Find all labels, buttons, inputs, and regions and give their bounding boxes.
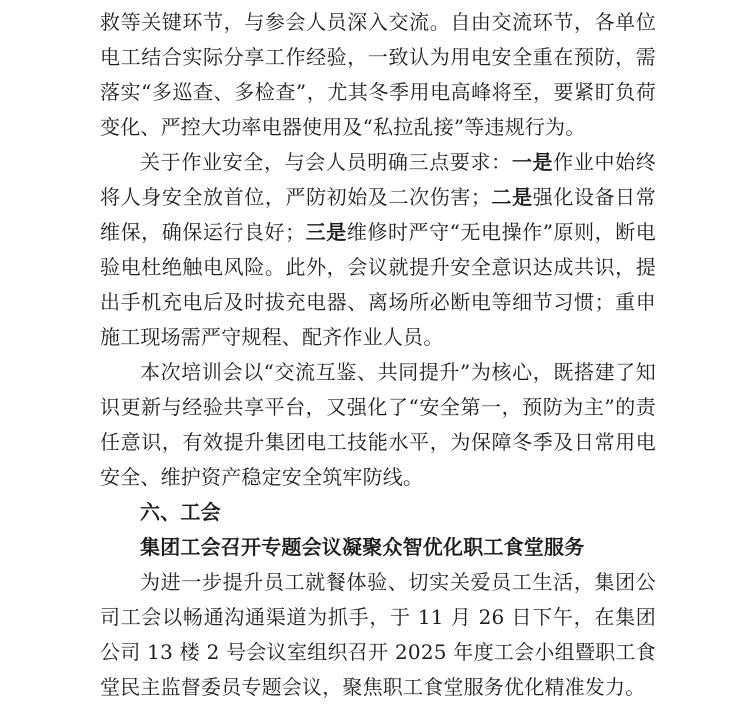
paragraph: 关于作业安全，与会人员明确三点要求：一是作业中始终将人身安全放首位，严防初始及二… — [100, 145, 656, 355]
paragraph: 为进一步提升员工就餐体验、切实关爱员工生活，集团公司工会以畅通沟通渠道为抓手，于… — [100, 565, 656, 705]
text-run: 六、工会 — [140, 500, 221, 524]
article-title: 集团工会召开专题会议凝聚众智优化职工食堂服务 — [100, 530, 656, 565]
bold-text-run: 三是 — [305, 220, 347, 244]
paragraph: 本次培训会以“交流互鉴、共同提升”为核心，既搭建了知识更新与经验共享平台，又强化… — [100, 355, 656, 495]
text-run: 本次培训会以“交流互鉴、共同提升”为核心，既搭建了知识更新与经验共享平台，又强化… — [100, 360, 656, 489]
bold-text-run: 一是 — [512, 150, 553, 174]
bold-text-run: 二是 — [491, 185, 533, 209]
text-run: 为进一步提升员工就餐体验、切实关爱员工生活，集团公司工会以畅通沟通渠道为抓手，于… — [100, 570, 656, 699]
text-run: 救等关键环节，与参会人员深入交流。自由交流环节，各单位电工结合实际分享工作经验，… — [100, 10, 656, 139]
bold-text-run: 集团工会召开专题会议凝聚众智优化职工食堂服务 — [140, 535, 584, 559]
section-heading: 六、工会 — [100, 495, 656, 530]
document-body: 救等关键环节，与参会人员深入交流。自由交流环节，各单位电工结合实际分享工作经验，… — [100, 5, 656, 705]
text-run: 关于作业安全，与会人员明确三点要求： — [140, 150, 512, 174]
paragraph-continuation: 救等关键环节，与参会人员深入交流。自由交流环节，各单位电工结合实际分享工作经验，… — [100, 5, 656, 145]
document-page: 救等关键环节，与参会人员深入交流。自由交流环节，各单位电工结合实际分享工作经验，… — [0, 0, 750, 705]
